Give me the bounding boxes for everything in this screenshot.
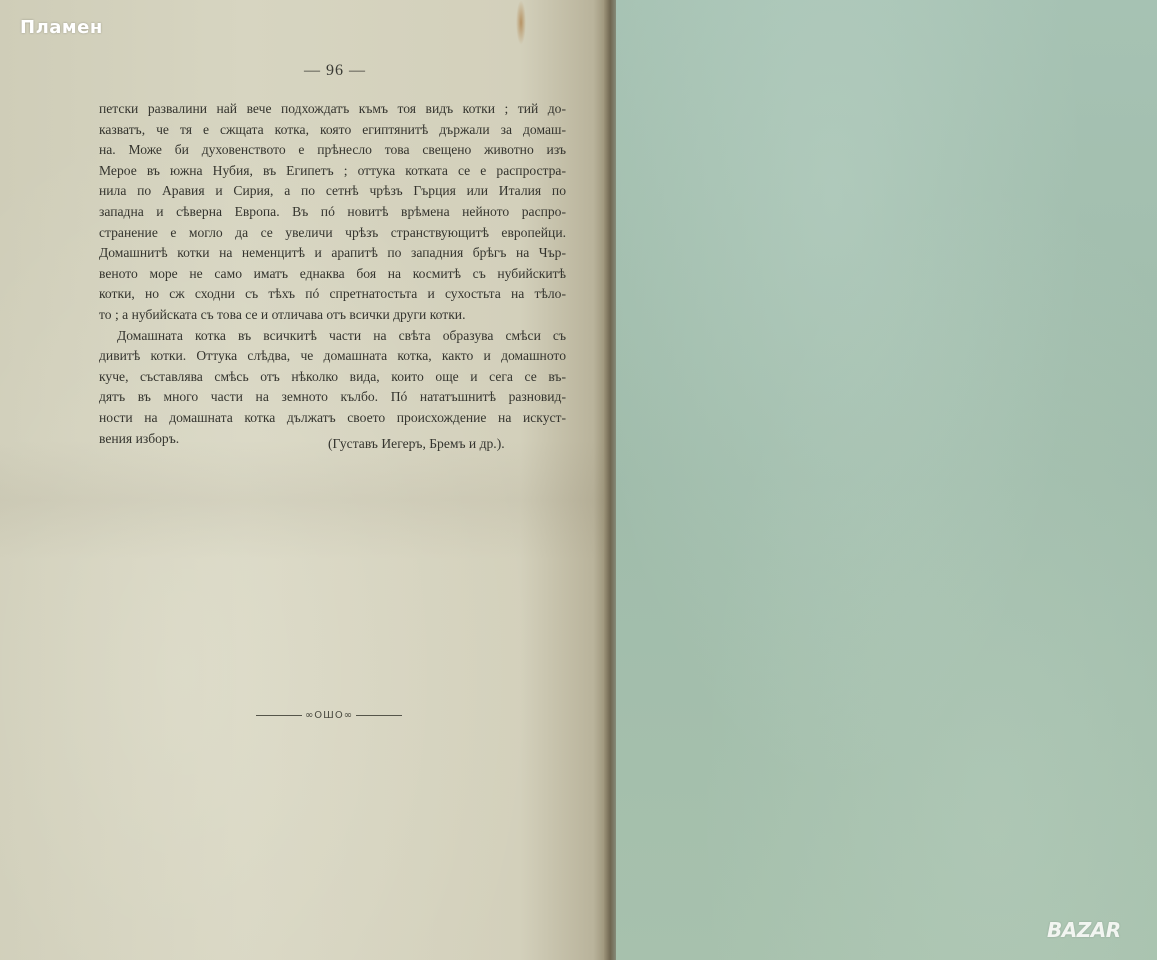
text-line: Домашнитѣ котки на неменцитѣ и арапитѣ п… <box>99 243 566 264</box>
paragraph-2: Домашната котка въ всичкитѣ части на свѣ… <box>99 326 566 450</box>
text-line: Мерое въ южна Нубия, въ Египетъ ; оттука… <box>99 161 566 182</box>
text-line: то ; а нубийската съ това се и отличава … <box>99 305 566 326</box>
end-ornament: ∞ОШО∞ <box>256 708 402 722</box>
bazar-logo-watermark: BAZAR <box>1047 918 1121 942</box>
text-line: странение е могло да се увеличи чрѣзъ ст… <box>99 223 566 244</box>
text-line: ности на домашната котка дължатъ своето … <box>99 408 566 429</box>
text-line: западна и сѣверна Европа. Въ пó новитѣ в… <box>99 202 566 223</box>
ornament-flourish-icon: ∞ОШО∞ <box>302 710 356 721</box>
text-line: куче, съставлява смѣсь отъ нѣколко вида,… <box>99 367 566 388</box>
text-line: на. Може би духовенството е прѣнесло тов… <box>99 140 566 161</box>
paragraph-1: петски развалини най вече подхождатъ към… <box>99 99 566 326</box>
paper-stain <box>516 0 526 45</box>
text-line: Домашната котка въ всичкитѣ части на свѣ… <box>99 326 566 347</box>
text-line: котки, но сж сходни съ тѣхъ пó спретнато… <box>99 284 566 305</box>
right-endpaper-page <box>616 0 1157 960</box>
seller-watermark: Пламен <box>20 17 103 38</box>
page-body-text: петски развалини най вече подхождатъ към… <box>99 99 566 449</box>
text-line: петски развалини най вече подхождатъ към… <box>99 99 566 120</box>
ornament-rule-left <box>256 715 302 716</box>
page-number: — 96 — <box>290 62 380 80</box>
text-line: дивитѣ котки. Оттука слѣдва, че домашнат… <box>99 346 566 367</box>
text-line: казватъ, че тя е сжщата котка, която еги… <box>99 120 566 141</box>
text-line: нила по Аравия и Сирия, а по сетнѣ чрѣзъ… <box>99 181 566 202</box>
source-citation: (Густавъ Иегеръ, Бремъ и др.). <box>328 436 505 452</box>
text-line: дятъ въ много части на земното кълбо. Пó… <box>99 387 566 408</box>
ornament-rule-right <box>356 715 402 716</box>
text-line: веното море не само иматъ еднаква боя на… <box>99 264 566 285</box>
